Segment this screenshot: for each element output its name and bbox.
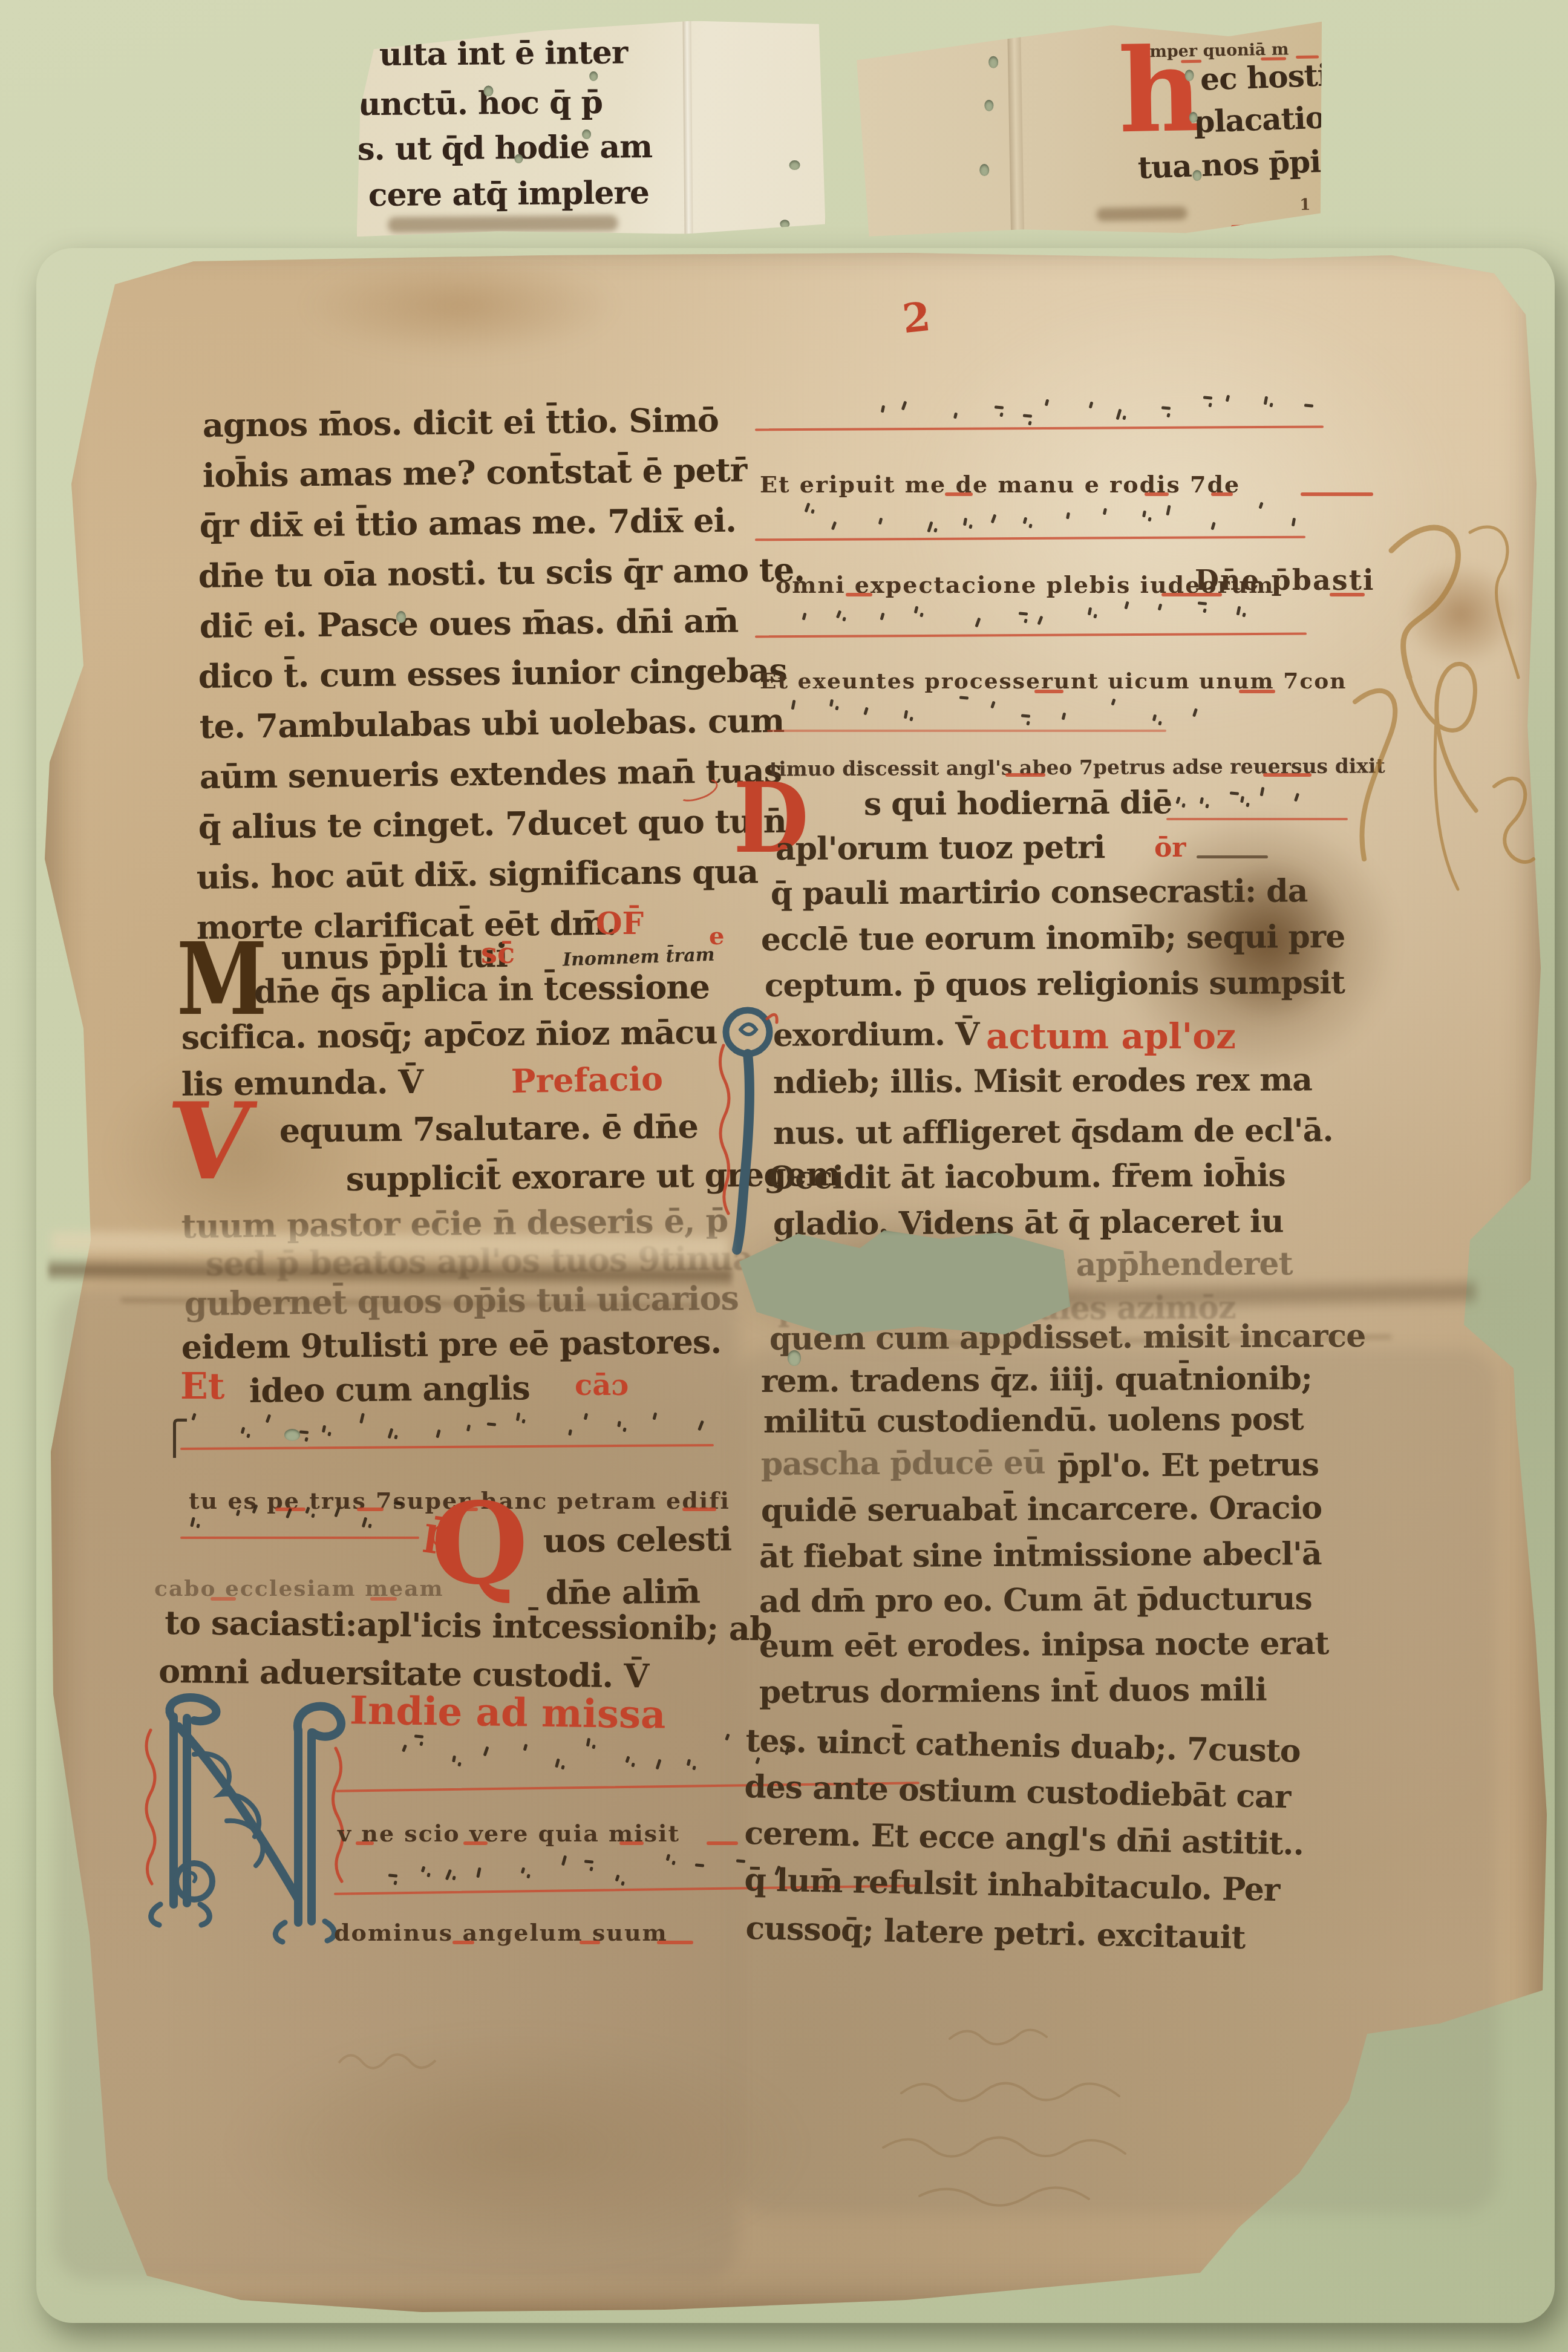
text-line: militū custodiendū. uolens post [763,1403,1304,1438]
text-line: ecclē tue eorum inomīb; sequi pre [761,921,1345,956]
sewing-hole [988,56,998,68]
text-line: unus p̄pli tui [281,939,508,974]
sewing-hole [1189,112,1198,123]
text-line: petrus dormiens int̄ duos mili [759,1674,1267,1708]
text-line: Occidit āt iacobum. fr̄em ioh̄is [768,1160,1285,1194]
lyric-line: cabo ecclesiam meam [154,1578,444,1599]
text-line: uis. hoc aūt dix̄. significans qua [196,855,758,893]
initial-Q: Q [431,1499,528,1589]
pen-trial-scribbles [327,2039,448,2081]
red-dash [463,1841,488,1845]
red-dash [846,593,872,596]
text-line: equum 7salutare. ē dn̄e [279,1110,698,1147]
neume-group [786,501,1307,534]
fragment-text-line: s. ut q̄d hodie am [357,131,652,165]
offertory-mark: OF̄ [596,909,644,939]
text-line: nus. ut affligeret q̄sdam de ecl'ā. [773,1115,1333,1149]
marginal-gloss: Inomnem t̄ram [563,946,715,970]
fragment-text-line: ulta int ē inter [379,37,628,71]
text-line: dn̄e alim̄ [545,1575,700,1609]
red-or-mark: ōr [1154,835,1186,861]
text-line: tuum pastor ec̄ie n̄ deseris ē, p̄ [181,1204,728,1243]
illuminated-initial-I [713,1003,779,1257]
red-dash [1034,690,1063,693]
red-dash [945,492,973,496]
text-line: cussoq̄; latere petri. excitauit [745,1913,1246,1954]
worm-hole [514,154,523,163]
worm-hole [483,85,493,96]
rubric-prefacio: Prefacio [511,1062,664,1097]
pen-trial-flourish [1319,496,1561,944]
worm-hole [582,129,591,139]
fragment-text-line: tua nos p̄piti [1137,146,1345,183]
fragment-text-line: placatio [1194,102,1325,137]
staff-line [767,730,1166,732]
text-line: ideo cum anglis [249,1371,530,1407]
text-line: te. 7ambulabas ubi uolebas. cum [199,704,784,743]
rubric-can: cāɔ [575,1371,629,1400]
illuminated-initial-N [136,1682,354,1942]
red-dash [1231,223,1322,228]
neume-group [1172,783,1299,811]
red-dash [1145,492,1169,496]
text-line: apl'orum tuoz petri [776,832,1105,865]
text-line: gladio. Videns āt q̄ placeret iu [773,1206,1284,1240]
text-line: s qui hodiernā diē [864,787,1172,820]
text-line: q̄ alius te cinget. 7ducet quo tu n̄ [198,805,786,843]
text-line: eidem 9tulisti pre eē pastores. [181,1325,721,1364]
text-line: dn̄e q̄s aplica in t̄cessione [253,970,710,1008]
neume-group [185,1500,411,1532]
sewing-hole [984,100,993,111]
initial-V: V [165,1100,256,1184]
worm-hole [396,611,406,623]
text-line: ioh̄is amas me? cont̄stat̄ ē petr̄ [202,454,746,492]
text-line: uos celesti [543,1523,731,1557]
text-line: dico t̄. cum esses iunior cingebas [198,654,787,693]
pen-trial-scribbles [865,2014,1289,2220]
text-line: to saciasti:apl'icis int̄cessionib; ab [165,1606,772,1645]
clef-mark [173,1419,187,1458]
worm-hole [789,160,800,170]
neume-group [859,394,1325,426]
red-dash [211,1597,236,1601]
ink-stroke [1197,855,1268,858]
red-dash [657,1941,693,1944]
red-dash [1263,773,1312,777]
red-dash [1211,492,1233,496]
worm-hole [788,1350,801,1366]
fragment-fold [682,21,693,234]
text-line: agnos m̄os. dicit ei t̄tio. Simō [202,403,719,442]
neume-group [181,1407,708,1442]
text-line: dn̄e tu oīa nosti. tu scis q̄r amo te. [198,554,805,592]
red-dash [619,1841,644,1845]
text-line: eum eēt erodes. inipsa nocte erat [759,1628,1329,1662]
fragment-fold [1007,18,1024,236]
text-line: sed p̄ beatos apl'os tuos 9tinua [205,1242,753,1280]
neume-group [780,696,1204,726]
rubric-sc: sc̄ [481,939,515,968]
text-line: dic̄ ei. Pasce oues m̄as. dn̄i am̄ [199,604,738,642]
text-line: ndieb; illis. Misit erodes rex ma [773,1064,1312,1099]
text-line: ceptum. p̄ quos religionis sumpsit [765,967,1345,1002]
red-dash [580,1941,600,1944]
photo-canvas: 2 agnos m̄os. dicit ei t̄tio. Simō ioh̄i… [0,0,1568,2352]
red-dash [1005,773,1045,777]
rubric-actuum: actum apl'oz [986,1019,1236,1054]
text-line: rem. tradens q̄z. iiij. quat̄nionib; [761,1363,1312,1397]
fragment-text-line: ec hostia [1200,59,1348,94]
text-line: ad dm̄ pro eo. Cum āt p̄ducturus [759,1583,1312,1618]
sewing-hole [979,164,989,176]
red-dash [452,1941,474,1944]
text-line: quidē seruabat̄ incarcere. Oracio [761,1492,1322,1527]
red-dash [1239,690,1275,693]
fragment-top-right: semper quoniā m h ec hostia placatio tua… [856,13,1325,238]
lyric-line: Et exeuntes processerunt uicum unum 7con [760,670,1347,692]
red-dash [682,1508,716,1511]
red-dash [370,1597,397,1601]
initial-h: h [1118,44,1203,137]
marginal-letter-e: e [709,924,724,949]
red-dash [356,1841,374,1845]
red-dash [707,1841,738,1845]
text-line: q̄r dix̄ ei t̄tio amas me. 7dix̄ ei. [199,504,736,542]
fragment-text-line: unctū. hoc q̄ p̄ [358,87,603,121]
text-line: p̄pl'o. Et petrus [1057,1449,1319,1482]
initial-Et: Et [180,1368,224,1405]
fragment-top-left: ulta int ē inter unctū. hoc q̄ p̄ s. ut … [354,20,825,237]
text-line: exordium. V̄ [773,1019,979,1051]
text-line: āt fiebat sine int̄missione abecl'ā [759,1538,1322,1573]
fragment-text-line: cere atq̄ implere [368,177,649,211]
worm-hole [284,1429,300,1441]
fragment-mark: 1 [1299,197,1311,213]
clipped-text-smudge [388,215,618,233]
worm-hole [589,71,598,81]
clipped-text-smudge [1096,206,1187,221]
staff-line [180,1537,419,1539]
rubric-in-die-ad-missam: Indie ad missa [350,1691,666,1734]
neume-group [363,1852,786,1886]
sewing-hole [1184,70,1194,81]
text-line: gubernet̄ quos op̄is tui uicarios [184,1281,739,1320]
worm-hole [780,220,789,228]
text-line: q̄ pauli martirio consecrasti: da [771,875,1308,910]
neume-group [786,599,1270,630]
page-number: 2 [901,296,933,339]
text-line: scifica. nosq̄; apc̄oz n̄ioz mācu [181,1016,717,1054]
text-line: pascha p̄ducē eū [761,1448,1045,1480]
lyric-line: dominus angelum suum [334,1921,668,1944]
